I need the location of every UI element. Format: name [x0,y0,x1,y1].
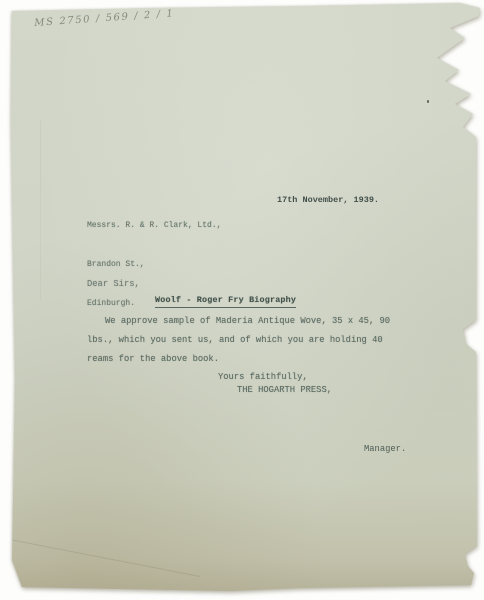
organization-name: THE HOGARTH PRESS, [237,385,332,395]
body-line-3: reams for the above book. [87,354,219,364]
letter-date: 17th November, 1939. [277,195,379,205]
letter-paper: MS 2750 / 569 / 2 / 1 Messrs. R. & R. Cl… [0,0,484,600]
paper-crease [0,536,200,577]
subject-heading: Woolf - Roger Fry Biography [155,295,296,308]
paper-crease-faint [40,120,41,300]
valediction: Yours faithfully, [218,372,308,382]
recipient-name: Messrs. R. & R. Clark, Ltd., [87,219,221,232]
body-line-1: We approve sample of Maderia Antique Wov… [105,316,390,326]
salutation: Dear Sirs, [87,279,140,289]
recipient-address-block: Messrs. R. & R. Clark, Ltd., Brandon St.… [87,193,221,336]
paper-speck [427,100,429,103]
paper-shadow-wrap: MS 2750 / 569 / 2 / 1 Messrs. R. & R. Cl… [0,0,484,600]
body-line-2: lbs., which you sent us, and of which yo… [87,335,383,345]
signatory-title: Manager. [364,444,406,454]
archive-reference-annotation: MS 2750 / 569 / 2 / 1 [34,8,175,29]
scanned-letter-page: MS 2750 / 569 / 2 / 1 Messrs. R. & R. Cl… [0,0,484,600]
recipient-street: Brandon St., [87,258,221,271]
